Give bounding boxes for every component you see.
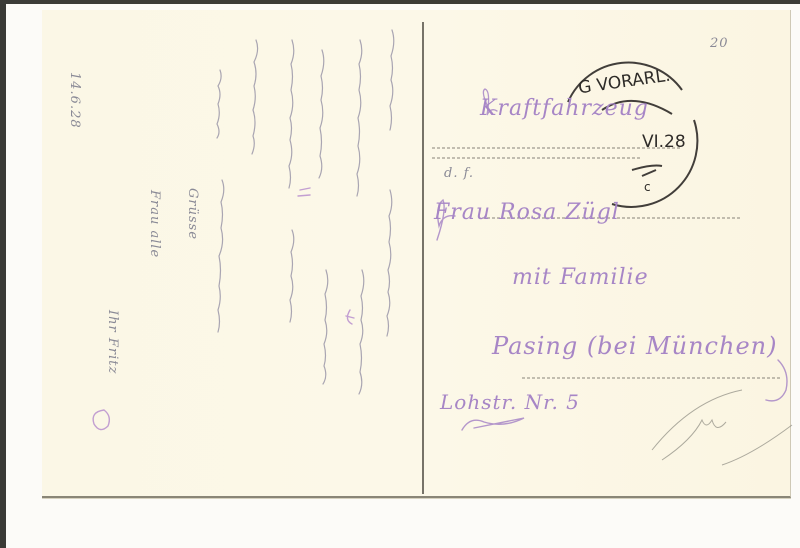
address-line-3: Frau Rosa Zügl: [434, 200, 620, 225]
postcard: 14.6.28 Ihr Fritz Frau alle Grüsse: [42, 10, 791, 498]
address-line-5: Pasing (bei München): [492, 332, 777, 360]
address-line-1: Kraftfahrzeug: [480, 96, 649, 121]
postmark-letter: c: [644, 180, 651, 194]
scanner-edge-left: [0, 0, 6, 548]
corner-mark: 20: [710, 36, 729, 51]
address-handwriting-strokes: [42, 10, 790, 496]
address-line-6: Lohstr. Nr. 5: [440, 390, 580, 414]
scanner-edge-top: [0, 0, 800, 4]
postmark-date: VI.28: [642, 132, 686, 152]
address-line-4: mit Familie: [512, 265, 649, 290]
address-line-2: d. f.: [444, 166, 474, 181]
